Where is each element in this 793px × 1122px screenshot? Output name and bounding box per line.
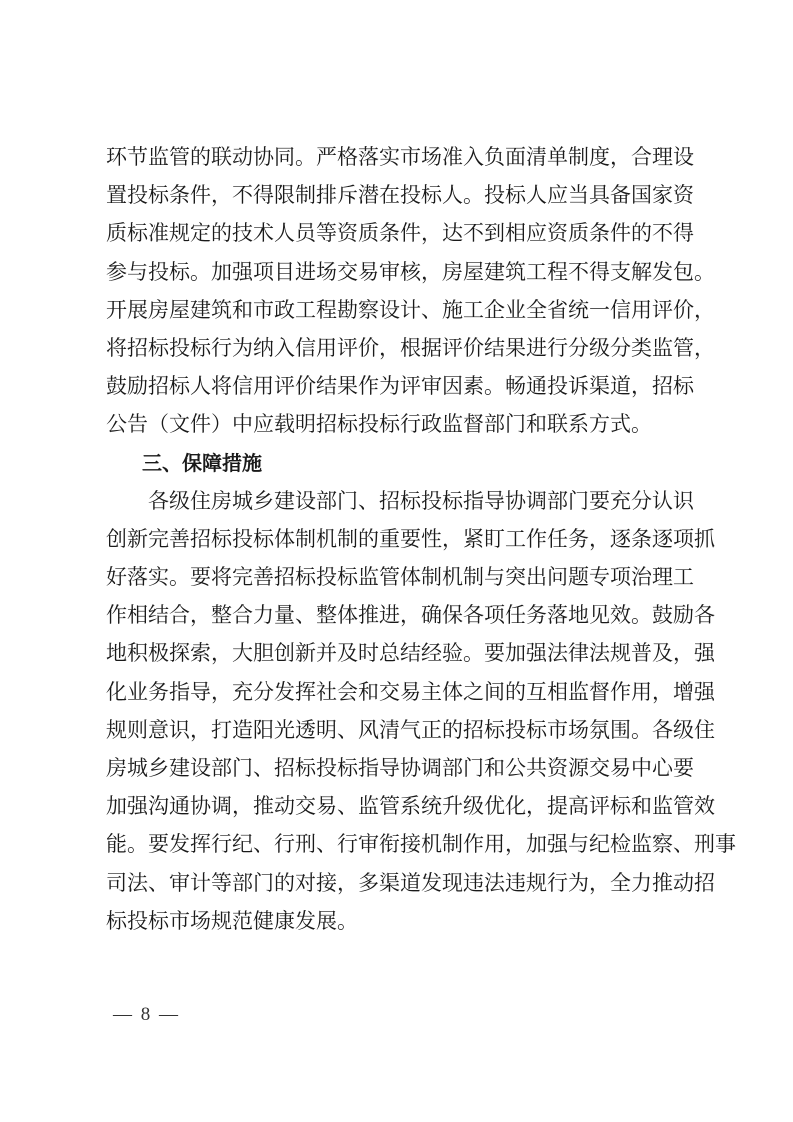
text-line: 质标准规定的技术人员等资质条件，达不到相应资质条件的不得	[106, 214, 691, 252]
paragraph-safeguards: 各级住房城乡建设部门、招标投标指导协调部门要充分认识 创新完善招标投标体制机制的…	[106, 482, 691, 940]
text-line: 环节监管的联动协同。严格落实市场准入负面清单制度，合理设	[106, 138, 691, 176]
text-line: 房城乡建设部门、招标投标指导协调部门和公共资源交易中心要	[106, 749, 691, 787]
text-line: 参与投标。加强项目进场交易审核，房屋建筑工程不得支解发包。	[106, 253, 691, 291]
text-line: 开展房屋建筑和市政工程勘察设计、施工企业全省统一信用评价，	[106, 291, 691, 329]
text-line: 公告（文件）中应载明招标投标行政监督部门和联系方式。	[106, 405, 691, 443]
text-line: 加强沟通协调，推动交易、监管系统升级优化，提高评标和监管效	[106, 787, 691, 825]
text-line: 规则意识，打造阳光透明、风清气正的招标投标市场氛围。各级住	[106, 711, 691, 749]
text-line: 标投标市场规范健康发展。	[106, 902, 691, 940]
document-page: 环节监管的联动协同。严格落实市场准入负面清单制度，合理设 置投标条件，不得限制排…	[106, 138, 691, 940]
text-line: 将招标投标行为纳入信用评价，根据评价结果进行分级分类监管，	[106, 329, 691, 367]
text-line: 能。要发挥行纪、行刑、行审衔接机制作用，加强与纪检监察、刑事	[106, 825, 691, 863]
text-line: 创新完善招标投标体制机制的重要性，紧盯工作任务，逐条逐项抓	[106, 520, 691, 558]
text-line: 鼓励招标人将信用评价结果作为评审因素。畅通投诉渠道，招标	[106, 367, 691, 405]
text-line: 司法、审计等部门的对接，多渠道发现违法违规行为，全力推动招	[106, 864, 691, 902]
paragraph-continuation: 环节监管的联动协同。严格落实市场准入负面清单制度，合理设 置投标条件，不得限制排…	[106, 138, 691, 444]
text-line: 化业务指导，充分发挥社会和交易主体之间的互相监督作用，增强	[106, 673, 691, 711]
text-line: 作相结合，整合力量、整体推进，确保各项任务落地见效。鼓励各	[106, 596, 691, 634]
page-number: — 8 —	[113, 1004, 180, 1026]
text-line: 各级住房城乡建设部门、招标投标指导协调部门要充分认识	[106, 482, 691, 520]
text-line: 置投标条件，不得限制排斥潜在投标人。投标人应当具备国家资	[106, 176, 691, 214]
section-heading: 三、保障措施	[106, 444, 691, 482]
text-line: 地积极探索，大胆创新并及时总结经验。要加强法律法规普及，强	[106, 634, 691, 672]
text-line: 好落实。要将完善招标投标监管体制机制与突出问题专项治理工	[106, 558, 691, 596]
